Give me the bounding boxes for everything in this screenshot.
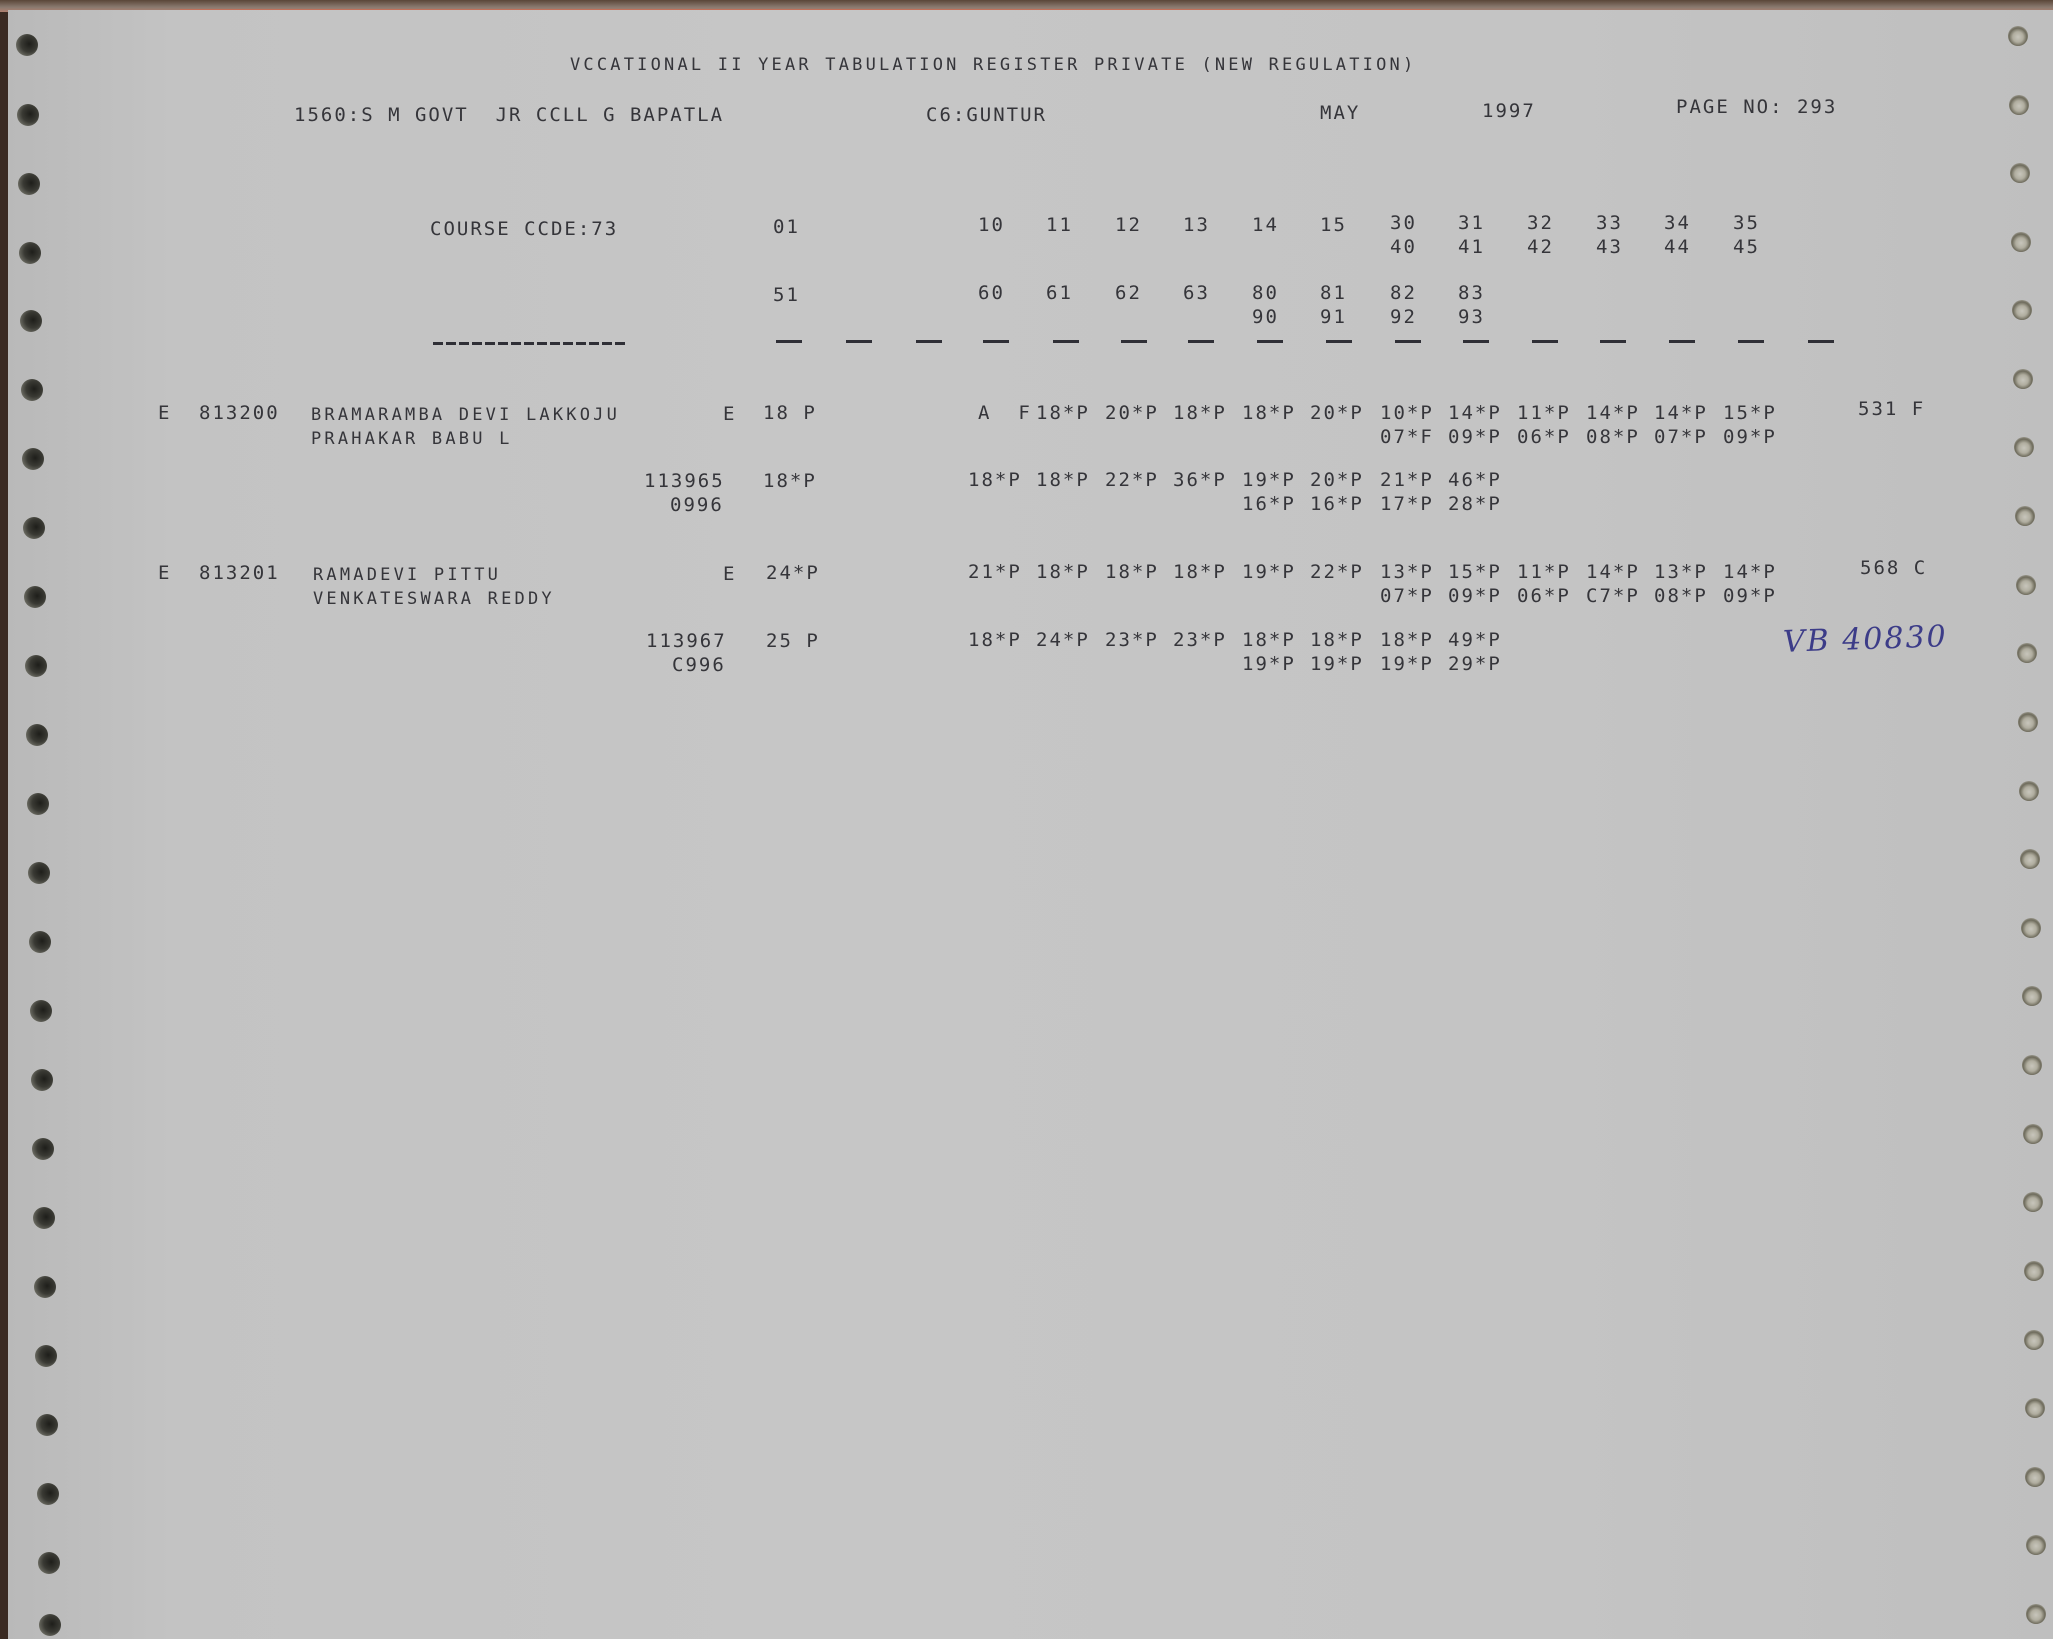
record-type: E	[158, 562, 171, 584]
mark: 19*P	[1310, 653, 1364, 675]
feed-hole-icon	[38, 1552, 60, 1574]
col-44: 44	[1664, 236, 1691, 258]
mark: 15*P	[1723, 402, 1777, 424]
mark: 18*P	[1173, 561, 1227, 583]
language-code: E	[723, 563, 736, 585]
col-92: 92	[1390, 306, 1417, 328]
mark: 28*P	[1448, 493, 1502, 515]
register-number: 113967	[646, 630, 727, 652]
mark: 09*P	[1723, 585, 1777, 607]
mark: 14*P	[1448, 402, 1502, 424]
feed-hole-icon	[32, 1138, 54, 1160]
mark: 19*P	[1242, 653, 1296, 675]
mark: 11*P	[1517, 402, 1571, 424]
col-31: 31	[1458, 212, 1485, 234]
mark: 22*P	[1310, 561, 1364, 583]
mark: 17*P	[1380, 493, 1434, 515]
student-name: RAMADEVI PITTU	[313, 564, 501, 586]
col-63: 63	[1183, 282, 1210, 304]
col-10: 10	[978, 214, 1005, 236]
mark: 08*P	[1654, 585, 1708, 607]
col-01: 01	[773, 216, 800, 238]
feed-hole-icon	[17, 104, 39, 126]
feed-hole-icon	[2022, 986, 2042, 1006]
mark: 21*P	[1380, 469, 1434, 491]
mark: 21*P	[968, 561, 1022, 583]
col-93: 93	[1458, 306, 1485, 328]
mark: 22*P	[1105, 469, 1159, 491]
col-13: 13	[1183, 214, 1210, 236]
mark: 18*P	[1105, 561, 1159, 583]
mark: 16*P	[1242, 493, 1296, 515]
mark: 13*P	[1654, 561, 1708, 583]
feed-hole-icon	[2009, 95, 2029, 115]
feed-hole-icon	[2013, 369, 2033, 389]
mark: 19*P	[1242, 469, 1296, 491]
feed-hole-icon	[2014, 437, 2034, 457]
col-12: 12	[1115, 214, 1142, 236]
feed-hole-icon	[30, 1000, 52, 1022]
mark: 18*P	[1036, 402, 1090, 424]
feed-hole-icon	[2012, 300, 2032, 320]
col-62: 62	[1115, 282, 1142, 304]
col-81: 81	[1320, 282, 1347, 304]
col-51: 51	[773, 284, 800, 306]
feed-hole-icon	[26, 724, 48, 746]
course-code: COURSE CCDE:73	[430, 218, 618, 240]
grand-total: 568 C	[1860, 557, 1927, 579]
col-43: 43	[1596, 236, 1623, 258]
mark: 10*P	[1380, 402, 1434, 424]
mark: 18*P	[968, 469, 1022, 491]
col-61: 61	[1046, 282, 1073, 304]
mark: 29*P	[1448, 653, 1502, 675]
register-sub: 0996	[670, 494, 724, 516]
col-42: 42	[1527, 236, 1554, 258]
mark: 18*P	[1173, 402, 1227, 424]
feed-hole-icon	[2026, 1604, 2046, 1624]
col-32: 32	[1527, 212, 1554, 234]
feed-hole-icon	[2026, 1535, 2046, 1555]
feed-hole-icon	[29, 931, 51, 953]
mark: 20*P	[1105, 402, 1159, 424]
mark: 09*P	[1448, 426, 1502, 448]
mark: 14*P	[1586, 561, 1640, 583]
register-title: VCCATIONAL II YEAR TABULATION REGISTER P…	[570, 54, 1416, 76]
feed-hole-icon	[2020, 849, 2040, 869]
mark: 36*P	[1173, 469, 1227, 491]
col-30: 30	[1390, 212, 1417, 234]
feed-hole-icon	[19, 242, 41, 264]
student-name: BRAMARAMBA DEVI LAKKOJU	[311, 404, 620, 426]
col-82: 82	[1390, 282, 1417, 304]
mark: 06*P	[1517, 585, 1571, 607]
mark: 18*P	[1036, 469, 1090, 491]
mark: 09*P	[1448, 585, 1502, 607]
district: C6:GUNTUR	[926, 104, 1047, 126]
mark: 07*P	[1380, 585, 1434, 607]
col-15: 15	[1320, 214, 1347, 236]
register-number: 113965	[644, 470, 725, 492]
mark: 19*P	[1242, 561, 1296, 583]
feed-hole-icon	[35, 1345, 57, 1367]
mark: 24*P	[1036, 629, 1090, 651]
feed-hole-icon	[2018, 712, 2038, 732]
feed-hole-icon	[2016, 575, 2036, 595]
feed-hole-icon	[31, 1069, 53, 1091]
col-90: 90	[1252, 306, 1279, 328]
father-name: VENKATESWARA REDDY	[313, 588, 555, 610]
mark: 08*P	[1586, 426, 1640, 448]
mark: 19*P	[1380, 653, 1434, 675]
feed-hole-icon	[28, 862, 50, 884]
mark: 14*P	[1586, 402, 1640, 424]
mark: 46*P	[1448, 469, 1502, 491]
feed-hole-icon	[36, 1414, 58, 1436]
mark: A F	[978, 402, 1032, 424]
feed-hole-icon	[2010, 163, 2030, 183]
feed-hole-icon	[37, 1483, 59, 1505]
page-number: PAGE NO: 293	[1676, 96, 1837, 118]
exam-month: MAY	[1320, 102, 1360, 124]
feed-hole-icon	[2023, 1192, 2043, 1212]
mark: 07*F	[1380, 426, 1434, 448]
col-34: 34	[1664, 212, 1691, 234]
mark: 18*P	[1242, 402, 1296, 424]
mark: 06*P	[1517, 426, 1571, 448]
col-40: 40	[1390, 236, 1417, 258]
col-11: 11	[1046, 214, 1073, 236]
col-14: 14	[1252, 214, 1279, 236]
col-45: 45	[1733, 236, 1760, 258]
mark: 14*P	[1654, 402, 1708, 424]
mark: 16*P	[1310, 493, 1364, 515]
feed-hole-icon	[2024, 1261, 2044, 1281]
mark: 11*P	[1517, 561, 1571, 583]
father-name: PRAHAKAR BABU L	[311, 428, 513, 450]
language-code: E	[723, 403, 736, 425]
feed-hole-icon	[2019, 781, 2039, 801]
mark: 23*P	[1173, 629, 1227, 651]
mark: 49*P	[1448, 629, 1502, 651]
mark: 23*P	[1105, 629, 1159, 651]
feed-hole-icon	[16, 34, 38, 56]
feed-hole-icon	[2025, 1398, 2045, 1418]
feed-hole-icon	[33, 1207, 55, 1229]
mark: 18*P	[1380, 629, 1434, 651]
mark: 18*P	[1036, 561, 1090, 583]
record-type: E	[158, 402, 171, 424]
feed-hole-icon	[2011, 232, 2031, 252]
feed-hole-icon	[21, 379, 43, 401]
feed-hole-icon	[27, 793, 49, 815]
part1-mark: 24*P	[766, 562, 820, 584]
mark: C7*P	[1586, 585, 1640, 607]
handwritten-annotation: VB 40830	[1782, 619, 1948, 660]
feed-hole-icon	[2008, 26, 2028, 46]
part2-mark: 25 P	[766, 630, 820, 652]
hall-ticket-number: 813200	[199, 402, 280, 424]
feed-hole-icon	[2017, 643, 2037, 663]
mark: 09*P	[1723, 426, 1777, 448]
mark: 18*P	[1310, 629, 1364, 651]
feed-hole-icon	[39, 1614, 61, 1636]
col-33: 33	[1596, 212, 1623, 234]
mark: 14*P	[1723, 561, 1777, 583]
feed-hole-icon	[2021, 918, 2041, 938]
feed-hole-icon	[23, 517, 45, 539]
register-sub: C996	[672, 654, 726, 676]
col-80: 80	[1252, 282, 1279, 304]
part2-mark: 18*P	[763, 470, 817, 492]
feed-hole-icon	[2025, 1467, 2045, 1487]
feed-hole-icon	[2023, 1124, 2043, 1144]
tabulation-sheet: VCCATIONAL II YEAR TABULATION REGISTER P…	[8, 10, 2053, 1639]
feed-hole-icon	[18, 173, 40, 195]
feed-hole-icon	[24, 586, 46, 608]
feed-hole-icon	[20, 310, 42, 332]
feed-hole-icon	[25, 655, 47, 677]
feed-hole-icon	[2015, 506, 2035, 526]
hall-ticket-number: 813201	[199, 562, 280, 584]
feed-hole-icon	[22, 448, 44, 470]
col-35: 35	[1733, 212, 1760, 234]
col-83: 83	[1458, 282, 1485, 304]
mark: 18*P	[1242, 629, 1296, 651]
feed-hole-icon	[34, 1276, 56, 1298]
col-91: 91	[1320, 306, 1347, 328]
feed-hole-icon	[2024, 1330, 2044, 1350]
mark: 20*P	[1310, 402, 1364, 424]
mark: 13*P	[1380, 561, 1434, 583]
part1-mark: 18 P	[763, 402, 817, 424]
mark: 07*P	[1654, 426, 1708, 448]
mark: 15*P	[1448, 561, 1502, 583]
grand-total: 531 F	[1858, 398, 1925, 420]
mark: 18*P	[968, 629, 1022, 651]
col-41: 41	[1458, 236, 1485, 258]
college-name: 1560:S M GOVT JR CCLL G BAPATLA	[294, 104, 724, 126]
exam-year: 1997	[1482, 100, 1536, 122]
mark: 20*P	[1310, 469, 1364, 491]
feed-hole-icon	[2022, 1055, 2042, 1075]
col-60: 60	[978, 282, 1005, 304]
